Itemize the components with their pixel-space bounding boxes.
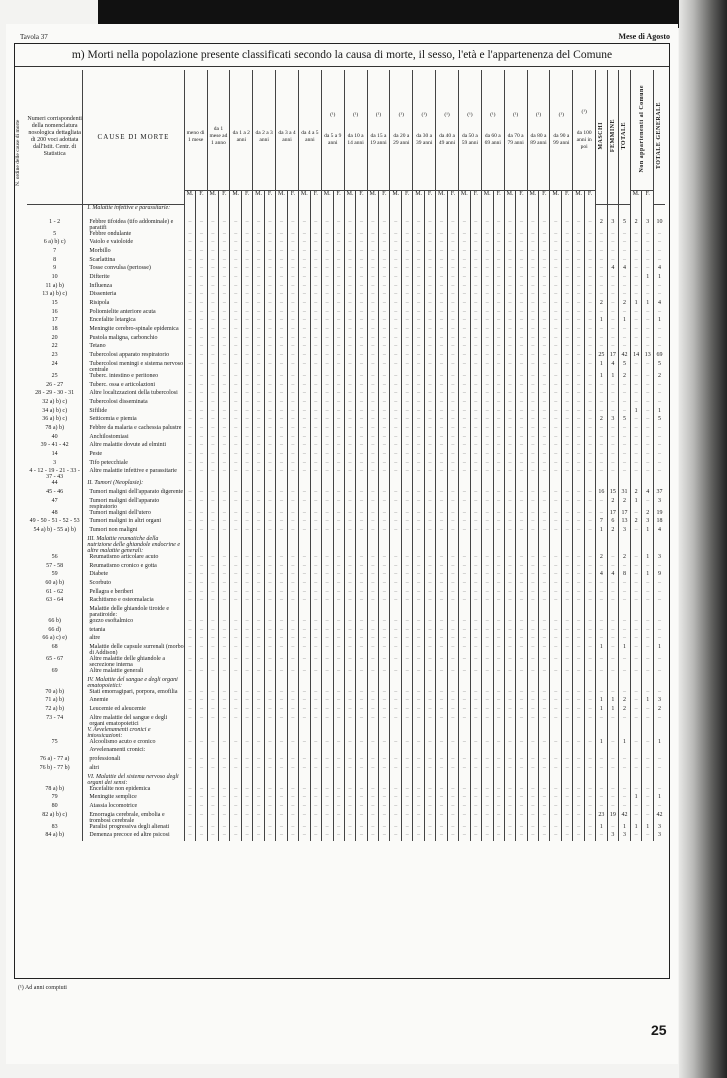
age-cell: – [310, 668, 321, 677]
age-cell: – [310, 373, 321, 382]
age-cell: – [436, 786, 448, 795]
age-cell: – [287, 786, 298, 795]
age-cell: – [481, 468, 493, 480]
age-cell: – [402, 373, 413, 382]
age-cell [230, 606, 242, 618]
cell-maschi: – [596, 335, 608, 344]
age-cell: – [527, 706, 539, 715]
age-cell: – [184, 689, 196, 698]
age-cell: – [264, 326, 275, 335]
age-cell: – [184, 794, 196, 803]
age-cell: – [276, 300, 288, 309]
age-cell: – [413, 571, 425, 580]
age-cell: – [196, 518, 207, 527]
age-cell: – [516, 689, 527, 698]
age-cell [436, 677, 448, 689]
age-cell: – [367, 803, 379, 812]
age-cell: – [207, 510, 219, 519]
age-label: da 10 a 14 anni [345, 133, 367, 147]
age-cell: – [253, 361, 265, 373]
age-cell: – [562, 518, 573, 527]
age-cell: – [390, 390, 402, 399]
age-cell: – [344, 697, 356, 706]
age-cell: – [458, 274, 470, 283]
table-row: IV. Malattie del sangue e degli organi e… [27, 677, 665, 689]
age-cell: – [470, 580, 481, 589]
cell-tg: – [653, 382, 665, 391]
age-cell: – [287, 291, 298, 300]
age-cell: – [470, 794, 481, 803]
age-cell [447, 747, 458, 756]
age-cell: – [196, 635, 207, 644]
cell-totale: – [619, 597, 631, 606]
age-cell: – [242, 219, 253, 231]
age-cell [333, 747, 344, 756]
age-cell: – [276, 765, 288, 774]
age-cell: – [436, 571, 448, 580]
age-cell: – [287, 597, 298, 606]
age-cell: – [493, 824, 504, 833]
header-age-11: (¹)da 40 a 49 anni [436, 70, 459, 190]
cell-femmine [607, 205, 619, 219]
cell-na_m: – [630, 451, 642, 460]
age-cell: – [390, 300, 402, 309]
row-codes: 23 [27, 352, 83, 361]
age-cell: – [219, 571, 230, 580]
age-cell: – [379, 510, 390, 519]
age-cell: – [242, 571, 253, 580]
age-cell: – [413, 460, 425, 469]
age-cell: – [287, 399, 298, 408]
age-cell: – [219, 283, 230, 292]
age-cell: – [527, 656, 539, 668]
row-cause: Rachitismo e osteomalacia [83, 597, 184, 606]
age-cell: – [504, 527, 516, 536]
age-cell: – [550, 518, 562, 527]
age-cell [379, 747, 390, 756]
page-number: 25 [651, 1022, 667, 1038]
age-cell: – [402, 580, 413, 589]
age-cell [367, 747, 379, 756]
age-cell: – [298, 794, 310, 803]
age-cell: – [379, 343, 390, 352]
age-cell: – [207, 756, 219, 765]
age-cell: – [390, 739, 402, 748]
age-cell: – [481, 786, 493, 795]
age-cell: – [184, 739, 196, 748]
age-cell: – [230, 283, 242, 292]
age-cell: – [550, 644, 562, 656]
row-cause: Tumori maligni dell'apparato digerente [83, 489, 184, 498]
age-cell: – [344, 343, 356, 352]
cell-na_f: – [642, 794, 654, 803]
age-cell: – [402, 382, 413, 391]
cell-na_m [630, 536, 642, 554]
title-divider [15, 66, 669, 67]
age-cell: – [207, 518, 219, 527]
age-cell: – [184, 382, 196, 391]
age-cell: – [516, 425, 527, 434]
age-cell: – [321, 498, 333, 510]
cell-totale: 3 [619, 832, 631, 841]
age-cell: – [504, 352, 516, 361]
age-cell: – [504, 510, 516, 519]
age-cell: – [264, 498, 275, 510]
age-cell: – [458, 434, 470, 443]
row-codes: 6 a) b) c) [27, 239, 83, 248]
age-cell: – [573, 257, 585, 266]
age-cell: – [402, 442, 413, 451]
age-cell: – [470, 812, 481, 824]
age-cell: – [207, 399, 219, 408]
age-cell: – [298, 571, 310, 580]
age-cell: – [276, 656, 288, 668]
age-cell: – [447, 527, 458, 536]
cell-femmine: 2 [607, 527, 619, 536]
row-cause: Encefalite letargica [83, 317, 184, 326]
age-cell: – [550, 239, 562, 248]
age-cell: – [207, 248, 219, 257]
cell-na_m: 1 [630, 824, 642, 833]
age-cell: – [196, 563, 207, 572]
age-cell [413, 747, 425, 756]
age-cell: – [402, 794, 413, 803]
age-cell: – [184, 248, 196, 257]
age-cell: – [333, 309, 344, 318]
row-cause: Reumatismo cronico e gotta [83, 563, 184, 572]
cell-totale: – [619, 451, 631, 460]
cell-na_m: 14 [630, 352, 642, 361]
cell-tg: – [653, 248, 665, 257]
age-cell: – [242, 425, 253, 434]
age-cell: – [527, 527, 539, 536]
cell-maschi: – [596, 715, 608, 727]
age-cell: – [219, 812, 230, 824]
cell-maschi: – [596, 231, 608, 240]
table-row: 66 a) c) e)altre––––––––––––––––––––––––… [27, 635, 665, 644]
age-cell: – [458, 361, 470, 373]
age-cell: – [276, 697, 288, 706]
age-cell [276, 480, 288, 489]
age-cell: – [516, 309, 527, 318]
age-cell: – [242, 468, 253, 480]
age-cell: – [310, 803, 321, 812]
age-cell: – [356, 382, 367, 391]
age-cell: – [379, 518, 390, 527]
age-cell: – [493, 416, 504, 425]
age-cell: – [402, 786, 413, 795]
header-age-2: da 1 a 2 anni [230, 70, 253, 190]
age-cell [344, 606, 356, 618]
age-cell [242, 747, 253, 756]
age-cell [367, 774, 379, 786]
age-cell [516, 747, 527, 756]
age-cell: – [264, 451, 275, 460]
age-cell: – [504, 668, 516, 677]
age-cell: – [585, 812, 596, 824]
age-cell: – [242, 442, 253, 451]
age-cell [333, 677, 344, 689]
age-cell: – [219, 824, 230, 833]
age-cell: – [436, 589, 448, 598]
age-cell [253, 606, 265, 618]
age-cell: – [287, 627, 298, 636]
age-cell [184, 205, 196, 219]
sex-f: F. [219, 190, 230, 205]
age-cell: – [516, 460, 527, 469]
age-cell [424, 727, 435, 739]
age-cell: – [276, 335, 288, 344]
age-cell: – [264, 689, 275, 698]
age-cell: – [184, 563, 196, 572]
age-cell: – [207, 824, 219, 833]
row-codes: 13 a) b) c) [27, 291, 83, 300]
age-cell: – [390, 689, 402, 698]
age-cell: – [470, 803, 481, 812]
age-cell: – [219, 832, 230, 841]
row-codes: 45 - 46 [27, 489, 83, 498]
age-cell: – [424, 442, 435, 451]
cell-femmine: – [607, 460, 619, 469]
cell-maschi: – [596, 668, 608, 677]
age-cell: – [390, 824, 402, 833]
cell-femmine: – [607, 231, 619, 240]
cell-na_f: – [642, 343, 654, 352]
age-cell: – [184, 518, 196, 527]
age-cell: – [447, 265, 458, 274]
age-cell: – [310, 219, 321, 231]
cell-totale: – [619, 283, 631, 292]
age-cell: – [516, 589, 527, 598]
age-cell: – [504, 715, 516, 727]
age-cell: – [527, 335, 539, 344]
age-cell: – [344, 231, 356, 240]
sex-f: F. [333, 190, 344, 205]
age-cell: – [242, 326, 253, 335]
age-cell [264, 747, 275, 756]
age-cell: – [344, 786, 356, 795]
table-row: 80Atassia locomotrice–––––––––––––––––––… [27, 803, 665, 812]
age-cell: – [298, 274, 310, 283]
cell-maschi: 16 [596, 489, 608, 498]
age-cell: – [402, 239, 413, 248]
cell-na_m: 2 [630, 489, 642, 498]
age-cell: – [310, 765, 321, 774]
age-cell: – [516, 343, 527, 352]
cell-tg [653, 480, 665, 489]
age-cell: – [458, 706, 470, 715]
cell-tg: – [653, 597, 665, 606]
age-cell [230, 774, 242, 786]
age-cell: – [253, 248, 265, 257]
age-cell: – [196, 689, 207, 698]
age-cell: – [562, 390, 573, 399]
age-cell: – [573, 265, 585, 274]
age-cell: – [550, 697, 562, 706]
age-cell: – [207, 618, 219, 627]
age-cell: – [379, 697, 390, 706]
age-cell: – [573, 248, 585, 257]
age-cell: – [550, 451, 562, 460]
age-cell: – [562, 352, 573, 361]
age-cell: – [527, 265, 539, 274]
age-cell: – [527, 644, 539, 656]
age-cell: – [344, 794, 356, 803]
age-cell: – [527, 627, 539, 636]
age-cell: – [390, 832, 402, 841]
cell-maschi: – [596, 635, 608, 644]
cell-na_f: – [642, 812, 654, 824]
cell-na_f: – [642, 803, 654, 812]
age-cell: – [321, 274, 333, 283]
age-cell: – [287, 451, 298, 460]
age-cell: – [207, 527, 219, 536]
cell-na_m: – [630, 335, 642, 344]
row-cause: Difterite [83, 274, 184, 283]
age-cell: – [424, 291, 435, 300]
age-cell: – [539, 468, 550, 480]
age-cell: – [504, 373, 516, 382]
age-cell: – [458, 715, 470, 727]
age-cell: – [344, 408, 356, 417]
age-cell: – [196, 335, 207, 344]
age-cell: – [356, 498, 367, 510]
age-cell: – [276, 399, 288, 408]
age-cell: – [310, 832, 321, 841]
table-row: 24Tubercolosi meningi e sistema nervoso … [27, 361, 665, 373]
age-cell [470, 677, 481, 689]
row-codes: 9 [27, 265, 83, 274]
cell-totale: 17 [619, 510, 631, 519]
age-cell: – [367, 668, 379, 677]
age-cell: – [298, 317, 310, 326]
cell-na_m: – [630, 382, 642, 391]
age-cell: – [390, 489, 402, 498]
row-cause: Anemie [83, 697, 184, 706]
row-codes: 24 [27, 361, 83, 373]
age-cell: – [390, 571, 402, 580]
age-cell: – [481, 697, 493, 706]
age-cell [276, 747, 288, 756]
age-cell: – [276, 283, 288, 292]
age-cell: – [424, 373, 435, 382]
age-cell: – [367, 706, 379, 715]
cell-femmine: 1 [607, 697, 619, 706]
age-cell: – [333, 786, 344, 795]
age-cell: – [196, 274, 207, 283]
age-cell: – [230, 257, 242, 266]
age-cell: – [447, 274, 458, 283]
age-cell: – [207, 434, 219, 443]
age-cell: – [298, 460, 310, 469]
age-cell: – [242, 248, 253, 257]
age-cell: – [230, 416, 242, 425]
age-cell: – [516, 265, 527, 274]
table-row: 54 a) b) - 55 a) b)Tumori non maligni–––… [27, 527, 665, 536]
age-cell: – [344, 832, 356, 841]
age-cell: – [287, 697, 298, 706]
cell-tg: 3 [653, 824, 665, 833]
cell-na_m: – [630, 627, 642, 636]
age-cell: – [196, 382, 207, 391]
age-cell: – [550, 373, 562, 382]
age-cell: – [310, 265, 321, 274]
age-cell [287, 536, 298, 554]
cell-totale [619, 480, 631, 489]
table-row: Malattie delle ghiandole tiroide e parat… [27, 606, 665, 618]
age-cell: – [413, 697, 425, 706]
age-cell [516, 774, 527, 786]
age-cell: – [253, 715, 265, 727]
age-cell: – [436, 765, 448, 774]
age-cell [470, 606, 481, 618]
age-cell: – [424, 239, 435, 248]
row-cause: Scarlattina [83, 257, 184, 266]
age-cell: – [264, 309, 275, 318]
cell-femmine: – [607, 794, 619, 803]
cell-femmine: 4 [607, 361, 619, 373]
age-cell: – [504, 231, 516, 240]
age-cell: – [458, 291, 470, 300]
age-cell [287, 677, 298, 689]
age-cell: – [356, 563, 367, 572]
age-cell: – [184, 451, 196, 460]
age-cell [321, 747, 333, 756]
age-cell: – [242, 343, 253, 352]
age-cell [539, 677, 550, 689]
age-cell: – [550, 283, 562, 292]
cell-totale [619, 727, 631, 739]
cell-maschi: – [596, 563, 608, 572]
age-cell: – [287, 408, 298, 417]
cell-na_f: – [642, 589, 654, 598]
age-cell: – [402, 317, 413, 326]
age-cell: – [402, 597, 413, 606]
age-cell: – [470, 824, 481, 833]
age-cell [230, 747, 242, 756]
age-cell: – [230, 239, 242, 248]
age-cell: – [379, 706, 390, 715]
age-cell: – [527, 786, 539, 795]
age-cell: – [379, 656, 390, 668]
age-cell [310, 727, 321, 739]
row-codes: 25 [27, 373, 83, 382]
age-cell [424, 774, 435, 786]
age-cell: – [356, 265, 367, 274]
age-cell: – [207, 408, 219, 417]
row-cause: Anchilostomiasi [83, 434, 184, 443]
age-cell: – [585, 689, 596, 698]
age-cell: – [573, 231, 585, 240]
age-cell: – [367, 498, 379, 510]
age-cell: – [562, 554, 573, 563]
age-cell: – [481, 239, 493, 248]
age-cell: – [402, 518, 413, 527]
age-cell: – [585, 715, 596, 727]
age-cell: – [344, 571, 356, 580]
age-cell: – [276, 644, 288, 656]
age-cell [196, 727, 207, 739]
age-cell: – [264, 571, 275, 580]
age-cell: – [562, 434, 573, 443]
age-label: da 4 a 5 anni [299, 130, 321, 144]
age-cell: – [424, 824, 435, 833]
age-cell: – [527, 689, 539, 698]
age-cell: – [573, 335, 585, 344]
age-cell [424, 677, 435, 689]
age-cell: – [333, 352, 344, 361]
age-cell: – [539, 239, 550, 248]
